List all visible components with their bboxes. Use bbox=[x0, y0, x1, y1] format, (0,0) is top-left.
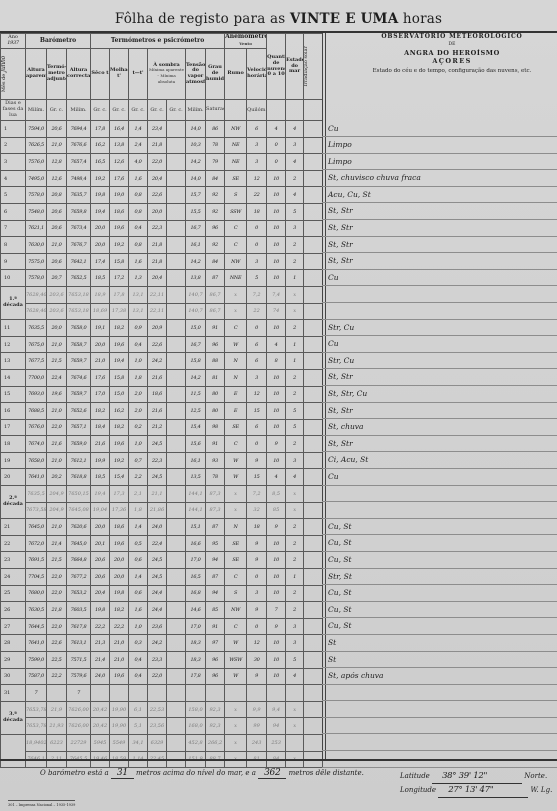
barometer-altitude: 31 bbox=[111, 768, 134, 779]
cell-corr: 7620,6 bbox=[67, 519, 91, 536]
cell-molh: 18,2 bbox=[110, 602, 129, 619]
ruled-line bbox=[322, 485, 557, 486]
cell-min-abs bbox=[167, 203, 186, 220]
decade-value: 19,90 bbox=[110, 718, 129, 735]
decade-value: x bbox=[225, 718, 247, 735]
cell-min-abs bbox=[167, 187, 186, 204]
cell-seco: 19,1 bbox=[91, 320, 110, 337]
ruled-line bbox=[322, 717, 557, 718]
cell-tens: 13,8 bbox=[186, 270, 206, 287]
decade-value: 22,53 bbox=[148, 701, 167, 718]
cell-irradiacao bbox=[304, 652, 323, 669]
decade-value: 7653,18 bbox=[67, 303, 91, 320]
cell-corr: 7658,7 bbox=[67, 336, 91, 353]
ruled-line bbox=[322, 700, 557, 701]
cell-min-abs bbox=[167, 635, 186, 652]
cell-min-abs bbox=[167, 303, 186, 320]
cell-min: 21,2 bbox=[148, 419, 167, 436]
cell-hum: 78 bbox=[206, 469, 225, 486]
cell-min: 20,4 bbox=[148, 170, 167, 187]
cell-nuv: 4 bbox=[267, 469, 286, 486]
cell-hum bbox=[206, 685, 225, 702]
cell-nuv: 9 bbox=[267, 519, 286, 536]
cell-bar: 7677,5 bbox=[26, 353, 47, 370]
cell-dif: 2,2 bbox=[129, 469, 148, 486]
ruled-line bbox=[322, 451, 557, 452]
table-row: 67548,020,67659,819,418,60,820,015,592SS… bbox=[1, 203, 323, 220]
ruled-line bbox=[322, 402, 557, 403]
cell-min: 20,4 bbox=[148, 270, 167, 287]
longitude-value: 27° 13' 47" bbox=[438, 784, 528, 798]
decade-label: 1.ª década bbox=[1, 286, 26, 319]
cell-vel: 6 bbox=[247, 121, 267, 138]
cell-mar: 2 bbox=[286, 535, 304, 552]
cell-nuv: 9 bbox=[267, 618, 286, 635]
cell-seco: 21,3 bbox=[91, 635, 110, 652]
cell-molh: 13,8 bbox=[110, 137, 129, 154]
decade-value: 19,90 bbox=[110, 701, 129, 718]
decade-label: 3.ª década bbox=[1, 701, 26, 734]
cell-vel: 18 bbox=[247, 519, 267, 536]
cell-min-abs bbox=[167, 701, 186, 718]
cell-irradiacao bbox=[304, 353, 323, 370]
table-row: 27626,521,07676,616,213,82,421,810,378NE… bbox=[1, 137, 323, 154]
decade-value: x bbox=[286, 486, 304, 503]
cell-vel: 12 bbox=[247, 635, 267, 652]
ruled-line bbox=[322, 733, 557, 734]
longitude-label: Longitude bbox=[400, 786, 436, 794]
cell-bar: 7658,0 bbox=[26, 452, 47, 469]
cell-corr: 7635,7 bbox=[67, 187, 91, 204]
cell-nuv: 10 bbox=[267, 452, 286, 469]
decade-value: 204,9 bbox=[47, 486, 67, 503]
cell-tens: 17,8 bbox=[186, 668, 206, 685]
sky-observation: Str, Cu bbox=[328, 323, 354, 332]
cell-irradiacao bbox=[304, 618, 323, 635]
cell-rumo: SE bbox=[225, 535, 247, 552]
cell-vel: 0 bbox=[247, 237, 267, 254]
decade-summary-row: 7653,7821,937626,0020,4219,905,123,56168… bbox=[1, 718, 323, 735]
day-cell: 3 bbox=[1, 154, 26, 171]
cell-hum: 81 bbox=[206, 369, 225, 386]
cell-hum: 92 bbox=[206, 203, 225, 220]
cell-mar: 5 bbox=[286, 419, 304, 436]
cell-corr: 7664,8 bbox=[67, 552, 91, 569]
cell-tens: 11,5 bbox=[186, 386, 206, 403]
cell-hum: 94 bbox=[206, 552, 225, 569]
cell-rumo: W bbox=[225, 635, 247, 652]
decade-value: 20,42 bbox=[91, 718, 110, 735]
cell-mar: 2 bbox=[286, 253, 304, 270]
cell-vel: 0 bbox=[247, 320, 267, 337]
cell-hum: 84 bbox=[206, 253, 225, 270]
cell-corr: 7571,5 bbox=[67, 652, 91, 669]
cell-min-abs bbox=[167, 320, 186, 337]
cell-tens: 17,0 bbox=[186, 552, 206, 569]
barometer-distance: 362 bbox=[258, 768, 286, 779]
unit-label: Gr. c. bbox=[167, 100, 186, 121]
cell-vel: 9 bbox=[247, 602, 267, 619]
ruled-line bbox=[322, 634, 557, 635]
cell-vel: 6 bbox=[247, 419, 267, 436]
cell-seco: 18,2 bbox=[91, 403, 110, 420]
sky-observation: St, chuvisco chuva fraca bbox=[328, 173, 421, 182]
table-row: 187674,021,67659,021,619,61,024,515,691C… bbox=[1, 436, 323, 453]
cell-tens: 17,0 bbox=[186, 618, 206, 635]
cell-mar: 4 bbox=[286, 668, 304, 685]
cell-min: 22,3 bbox=[148, 452, 167, 469]
cell-min: 24,5 bbox=[148, 436, 167, 453]
decade-value: x bbox=[286, 303, 304, 320]
cell-min-abs bbox=[167, 270, 186, 287]
cell-irradiacao bbox=[304, 137, 323, 154]
decade-value: 140,7 bbox=[186, 303, 206, 320]
unit-label bbox=[286, 100, 304, 121]
table-row: 77621,120,67673,420,019,60,422,316,796C0… bbox=[1, 220, 323, 237]
summary-dec1: 1.ª década7628,40203,67653,1818,917,813,… bbox=[1, 286, 323, 319]
barometer-note: O barómetro está a 31 metros acima do ní… bbox=[40, 768, 364, 778]
cell-rumo: C bbox=[225, 569, 247, 586]
ruled-line bbox=[322, 335, 557, 336]
decade-value: 22,11 bbox=[148, 303, 167, 320]
header-grau-humidade: Grau de humidade bbox=[206, 49, 225, 100]
stamp-city: ANGRA DO HEROÍSMO bbox=[352, 49, 552, 57]
cell-tens: 14,2 bbox=[186, 253, 206, 270]
cell-min: 24,4 bbox=[148, 602, 167, 619]
cell-tadj: 21,5 bbox=[47, 353, 67, 370]
cell-dif: 0,5 bbox=[129, 535, 148, 552]
decade-value: 22 bbox=[247, 303, 267, 320]
sky-observation: Ci, Acu, St bbox=[328, 455, 368, 464]
cell-tadj: 20,6 bbox=[47, 220, 67, 237]
cell-seco: 17,4 bbox=[91, 253, 110, 270]
cell-corr: 7603,5 bbox=[67, 602, 91, 619]
table-row: 237691,521,57664,820,620,00,624,517,094S… bbox=[1, 552, 323, 569]
table-row: 107578,020,77652,518,517,21,320,413,887N… bbox=[1, 270, 323, 287]
decade-value: 19,04 bbox=[91, 502, 110, 519]
cell-bar: 7688,5 bbox=[26, 403, 47, 420]
header-a-sombra: À sombraMínima aparente · Mínima absolut… bbox=[148, 49, 186, 100]
cell-mar: 2 bbox=[286, 237, 304, 254]
decade-value: 86,7 bbox=[206, 286, 225, 303]
cell-rumo: S bbox=[225, 585, 247, 602]
cell-corr: 7676,6 bbox=[67, 137, 91, 154]
sky-observation: St, Str bbox=[328, 256, 353, 265]
decade-summary-row: 7673,58204,97645,0819,0417,361,821,86144… bbox=[1, 502, 323, 519]
cell-vel: 9 bbox=[247, 552, 267, 569]
cell-seco: 19,9 bbox=[91, 452, 110, 469]
decade-value: 18,9402 bbox=[26, 734, 47, 751]
cell-hum: 97 bbox=[206, 635, 225, 652]
cell-rumo: N bbox=[225, 353, 247, 370]
cell-min-abs bbox=[167, 121, 186, 138]
table-row: 197658,021,07612,119,919,20,722,316,193W… bbox=[1, 452, 323, 469]
cell-irradiacao bbox=[304, 303, 323, 320]
cell-tadj bbox=[47, 685, 67, 702]
cell-mar: 2 bbox=[286, 436, 304, 453]
day-cell: 16 bbox=[1, 403, 26, 420]
cell-mar: 2 bbox=[286, 585, 304, 602]
unit-label: Gr. c. bbox=[91, 100, 110, 121]
cell-molh: 12,6 bbox=[110, 154, 129, 171]
cell-nuv: 10 bbox=[267, 203, 286, 220]
cell-dif: 2,4 bbox=[129, 137, 148, 154]
cell-irradiacao bbox=[304, 502, 323, 519]
cell-molh: 19,4 bbox=[110, 353, 129, 370]
cell-irradiacao bbox=[304, 535, 323, 552]
unit-label: Milím. bbox=[26, 100, 47, 121]
day-cell: 19 bbox=[1, 452, 26, 469]
cell-molh: 15,4 bbox=[110, 469, 129, 486]
header-mes: Mês de Junho bbox=[1, 49, 26, 100]
header-altura-aparente: Altura aparente bbox=[26, 49, 47, 100]
cell-tadj: 21,8 bbox=[47, 602, 67, 619]
cell-irradiacao bbox=[304, 121, 323, 138]
decade-value: 99 bbox=[247, 718, 267, 735]
decade-value: 13,1 bbox=[129, 286, 148, 303]
decade-value: 168,0 bbox=[186, 718, 206, 735]
cell-nuv: 10 bbox=[267, 369, 286, 386]
table-row: 307587,022,27579,624,019,60,422,017,896W… bbox=[1, 668, 323, 685]
cell-vel: 6 bbox=[247, 353, 267, 370]
cell-min: 24,5 bbox=[148, 469, 167, 486]
footer-text: metros dêle distante. bbox=[289, 769, 364, 777]
cell-vel: 3 bbox=[247, 369, 267, 386]
decade-value: 21,93 bbox=[47, 718, 67, 735]
day-cell: 28 bbox=[1, 635, 26, 652]
cell-tadj: 20,6 bbox=[47, 253, 67, 270]
cell-vel: 3 bbox=[247, 154, 267, 171]
ruled-line bbox=[322, 568, 557, 569]
cell-dif: 1,6 bbox=[129, 253, 148, 270]
cell-min-abs bbox=[167, 552, 186, 569]
cell-rumo: W bbox=[225, 668, 247, 685]
cell-vel: 12 bbox=[247, 170, 267, 187]
table-row: 227672,021,47645,020,119,60,522,416,695S… bbox=[1, 535, 323, 552]
decade-value: 266,2 bbox=[206, 734, 225, 751]
cell-dif: 1,0 bbox=[129, 618, 148, 635]
cell-dif: 1,6 bbox=[129, 170, 148, 187]
cell-molh: 19,6 bbox=[110, 436, 129, 453]
decade-value: x bbox=[225, 486, 247, 503]
sky-observation: St, Str bbox=[328, 372, 353, 381]
cell-min-abs bbox=[167, 718, 186, 735]
cell-nuv: 10 bbox=[267, 237, 286, 254]
day-cell: 27 bbox=[1, 618, 26, 635]
cell-rumo: W bbox=[225, 469, 247, 486]
decade-value: 203,6 bbox=[47, 286, 67, 303]
cell-vel: 6 bbox=[247, 336, 267, 353]
cell-vel: 12 bbox=[247, 386, 267, 403]
decade-value: x bbox=[286, 701, 304, 718]
cell-seco: 20,6 bbox=[91, 569, 110, 586]
cell-dif: 0,4 bbox=[129, 652, 148, 669]
cell-molh: 21,0 bbox=[110, 652, 129, 669]
decade-value: 34,1 bbox=[129, 734, 148, 751]
cell-molh: 19,6 bbox=[110, 220, 129, 237]
cell-irradiacao bbox=[304, 336, 323, 353]
cell-rumo: C bbox=[225, 237, 247, 254]
day-cell: 22 bbox=[1, 535, 26, 552]
cell-dif: 1,8 bbox=[129, 369, 148, 386]
decade-value: 7626,00 bbox=[67, 701, 91, 718]
cell-min: 21,6 bbox=[148, 369, 167, 386]
rows-dec3: 217645,021,07620,620,018,61,424,015,187N… bbox=[1, 519, 323, 702]
cell-min: 20,9 bbox=[148, 320, 167, 337]
ruled-line bbox=[322, 368, 557, 369]
decade-value: 17,38 bbox=[110, 303, 129, 320]
decade-value: 7,4 bbox=[267, 286, 286, 303]
header-irradiacao: Irradiação solar bbox=[304, 34, 323, 100]
cell-corr: 7617,8 bbox=[67, 618, 91, 635]
cell-dif: 0,4 bbox=[129, 336, 148, 353]
cell-mar: 3 bbox=[286, 452, 304, 469]
decade-label: 2.ª década bbox=[1, 486, 26, 519]
decade-value: 5,1 bbox=[129, 718, 148, 735]
title-prefix: Fôlha de registo para as bbox=[115, 11, 285, 27]
cell-dif: 1,0 bbox=[129, 436, 148, 453]
cell-min-abs bbox=[167, 502, 186, 519]
cell-molh: 15,8 bbox=[110, 369, 129, 386]
cell-tadj: 21,0 bbox=[47, 519, 67, 536]
cell-bar: 7630,5 bbox=[26, 602, 47, 619]
cell-bar: 7680,0 bbox=[26, 585, 47, 602]
cell-nuv: 10 bbox=[267, 569, 286, 586]
table-row: 247704,522,07677,220,620,01,424,516,587C… bbox=[1, 569, 323, 586]
cell-mar: 2 bbox=[286, 320, 304, 337]
cell-min-abs bbox=[167, 452, 186, 469]
unit-label: Saturação=100 bbox=[206, 100, 225, 121]
cell-mar: 4 bbox=[286, 469, 304, 486]
cell-rumo: NNE bbox=[225, 270, 247, 287]
decade-value: 144,1 bbox=[186, 486, 206, 503]
cell-nuv: 4 bbox=[267, 336, 286, 353]
decade-value: 203,6 bbox=[47, 303, 67, 320]
cell-vel: 15 bbox=[247, 403, 267, 420]
cell-molh: 19,6 bbox=[110, 668, 129, 685]
cell-dif: 1,0 bbox=[129, 353, 148, 370]
decade-value: 7635,5 bbox=[26, 486, 47, 503]
decade-value: 140,7 bbox=[186, 286, 206, 303]
decade-value: 5549 bbox=[110, 734, 129, 751]
cell-tadj: 21,0 bbox=[47, 336, 67, 353]
cell-dif: 1,4 bbox=[129, 569, 148, 586]
cell-nuv: 8 bbox=[267, 353, 286, 370]
table-row: 267630,521,87603,519,818,21,624,414,685N… bbox=[1, 602, 323, 619]
cell-tens: 15,5 bbox=[186, 203, 206, 220]
cell-min: 22,6 bbox=[148, 336, 167, 353]
ruled-line bbox=[322, 750, 557, 751]
cell-bar: 7626,5 bbox=[26, 137, 47, 154]
cell-min: 23,6 bbox=[148, 618, 167, 635]
cell-corr: 7657,4 bbox=[67, 154, 91, 171]
decade-value: 85 bbox=[267, 502, 286, 519]
sky-observation: St bbox=[328, 655, 336, 664]
cell-hum: 84 bbox=[206, 170, 225, 187]
sky-observation: Cu, St bbox=[328, 605, 352, 614]
cell-rumo: C bbox=[225, 320, 247, 337]
decade-value: 87,3 bbox=[206, 502, 225, 519]
cell-molh: 17,2 bbox=[110, 270, 129, 287]
cell-min-abs bbox=[167, 685, 186, 702]
cell-rumo: C bbox=[225, 618, 247, 635]
cell-irradiacao bbox=[304, 419, 323, 436]
latitude-value: 38° 39' 12" bbox=[432, 770, 522, 784]
cell-irradiacao bbox=[304, 320, 323, 337]
cell-min: 24,2 bbox=[148, 353, 167, 370]
cell-molh: 18,2 bbox=[110, 419, 129, 436]
cell-seco: 21,0 bbox=[91, 353, 110, 370]
cell-nuv: 10 bbox=[267, 253, 286, 270]
cell-irradiacao bbox=[304, 469, 323, 486]
cell-nuv: 10 bbox=[267, 419, 286, 436]
cell-bar: 7676,0 bbox=[26, 419, 47, 436]
cell-mar: 2 bbox=[286, 602, 304, 619]
cell-irradiacao bbox=[304, 668, 323, 685]
cell-seco: 17,6 bbox=[91, 369, 110, 386]
cell-min-abs bbox=[167, 253, 186, 270]
decade-summary-row: 3.ª década7653,7821,97626,0020,4219,906,… bbox=[1, 701, 323, 718]
cell-tens: 15,7 bbox=[186, 187, 206, 204]
cell-bar: 7635,5 bbox=[26, 320, 47, 337]
ruled-line bbox=[322, 418, 557, 419]
cell-nuv bbox=[267, 685, 286, 702]
cell-dif: 1,6 bbox=[129, 602, 148, 619]
cell-tadj: 20,0 bbox=[47, 320, 67, 337]
decade-value: 20,42 bbox=[91, 701, 110, 718]
cell-tens: 16,8 bbox=[186, 585, 206, 602]
cell-dif: 1,3 bbox=[129, 270, 148, 287]
unit-label: Milím. bbox=[67, 100, 91, 121]
cell-dif: 2,0 bbox=[129, 386, 148, 403]
cell-mar: 3 bbox=[286, 635, 304, 652]
cell-min: 24,5 bbox=[148, 552, 167, 569]
cell-molh: 19,6 bbox=[110, 535, 129, 552]
cell-molh: 19,2 bbox=[110, 452, 129, 469]
cell-bar: 7575,0 bbox=[26, 253, 47, 270]
cell-corr: 7674,6 bbox=[67, 369, 91, 386]
cell-min-abs bbox=[167, 220, 186, 237]
unit-label: Gr. c. bbox=[47, 100, 67, 121]
cell-vel: 15 bbox=[247, 469, 267, 486]
sky-observation: Cu, St bbox=[328, 621, 352, 630]
cell-bar: 7 bbox=[26, 685, 47, 702]
header-diferenca: t—t' bbox=[129, 49, 148, 100]
cell-vel: 30 bbox=[247, 652, 267, 669]
decade-value: x bbox=[225, 303, 247, 320]
decade-value: 13,1 bbox=[129, 303, 148, 320]
cell-molh: 19,0 bbox=[110, 187, 129, 204]
cell-min: 23,4 bbox=[148, 121, 167, 138]
cell-vel: 0 bbox=[247, 618, 267, 635]
cell-tens: 16,6 bbox=[186, 535, 206, 552]
cell-dif: 0,2 bbox=[129, 419, 148, 436]
cell-tadj: 21,0 bbox=[47, 452, 67, 469]
sky-observation: Cu bbox=[328, 273, 339, 282]
cell-hum: 96 bbox=[206, 652, 225, 669]
cell-tadj: 20,8 bbox=[47, 187, 67, 204]
cell-molh: 20,0 bbox=[110, 569, 129, 586]
cell-irradiacao bbox=[304, 685, 323, 702]
cell-bar: 7621,1 bbox=[26, 220, 47, 237]
table-row: 297599,022,57571,521,421,00,423,318,396W… bbox=[1, 652, 323, 669]
cell-tens: 15,1 bbox=[186, 519, 206, 536]
cell-hum: 87 bbox=[206, 270, 225, 287]
sky-observation: Str, Cu bbox=[328, 356, 354, 365]
cell-hum: 80 bbox=[206, 386, 225, 403]
decade-value: 7653,18 bbox=[67, 286, 91, 303]
cell-tadj: 21,0 bbox=[47, 237, 67, 254]
